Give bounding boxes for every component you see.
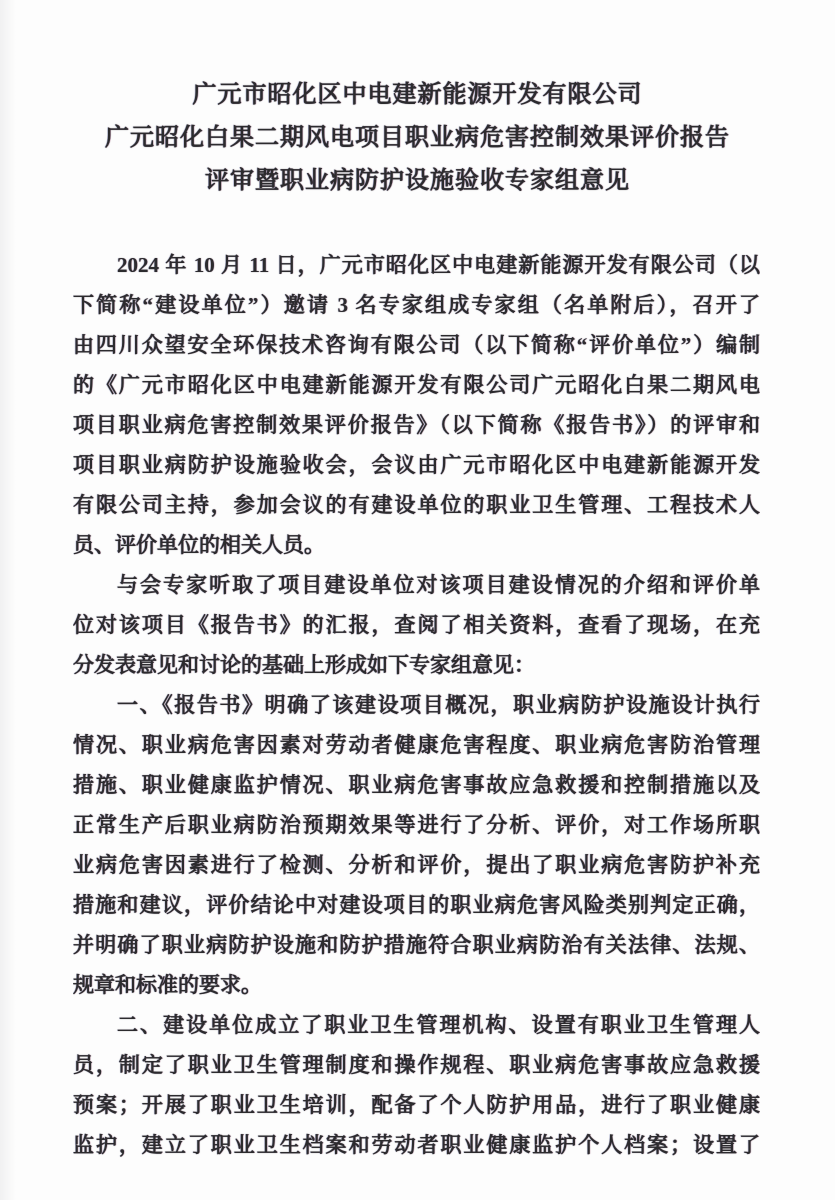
text-line: 正常生产后职业病防治预期效果等进行了分析、评价，对工作场所职	[73, 805, 760, 845]
text-line: 下简称“建设单位”）邀请 3 名专家组成专家组（名单附后），召开了	[73, 285, 760, 325]
document-body: 2024 年 10 月 11 日，广元市昭化区中电建新能源开发有限公司（以 下简…	[73, 245, 760, 1165]
text-line: 2024 年 10 月 11 日，广元市昭化区中电建新能源开发有限公司（以	[73, 245, 760, 285]
text-line: 监护，建立了职业卫生档案和劳动者职业健康监护个人档案；设置了	[73, 1125, 760, 1165]
scanned-document-page: 广元市昭化区中电建新能源开发有限公司 广元昭化白果二期风电项目职业病危害控制效果…	[0, 0, 835, 1200]
paragraph-2: 与会专家听取了项目建设单位对该项目建设情况的介绍和评价单 位对该项目《报告书》的…	[73, 565, 760, 685]
text-line: 分发表意见和讨论的基础上形成如下专家组意见：	[73, 645, 760, 685]
text-line: 一、《报告书》明确了该建设项目概况，职业病防护设施设计执行	[73, 685, 760, 725]
scan-edge-artifact	[0, 0, 16, 1200]
text-line: 员、评价单位的相关人员。	[73, 525, 760, 565]
document-title-line-2: 广元昭化白果二期风电项目职业病危害控制效果评价报告	[40, 117, 795, 160]
text-line: 员，制定了职业卫生管理制度和操作规程、职业病危害事故应急救援	[73, 1045, 760, 1085]
text-line: 预案；开展了职业卫生培训，配备了个人防护用品，进行了职业健康	[73, 1085, 760, 1125]
text-line: 的《广元市昭化区中电建新能源开发有限公司广元昭化白果二期风电	[73, 365, 760, 405]
text-line: 情况、职业病危害因素对劳动者健康危害程度、职业病危害防治管理	[73, 725, 760, 765]
document-title-line-1: 广元市昭化区中电建新能源开发有限公司	[40, 74, 795, 117]
text-line: 有限公司主持，参加会议的有建设单位的职业卫生管理、工程技术人	[73, 485, 760, 525]
text-line: 规章和标准的要求。	[73, 965, 760, 1005]
text-line: 措施和建议，评价结论中对建设项目的职业病危害风险类别判定正确，	[73, 885, 760, 925]
paragraph-4: 二、建设单位成立了职业卫生管理机构、设置有职业卫生管理人 员，制定了职业卫生管理…	[73, 1005, 760, 1165]
paragraph-3: 一、《报告书》明确了该建设项目概况，职业病防护设施设计执行 情况、职业病危害因素…	[73, 685, 760, 1005]
text-line: 项目职业病危害控制效果评价报告》（以下简称《报告书》）的评审和	[73, 405, 760, 445]
text-line: 并明确了职业病防护设施和防护措施符合职业病防治有关法律、法规、	[73, 925, 760, 965]
document-title-block: 广元市昭化区中电建新能源开发有限公司 广元昭化白果二期风电项目职业病危害控制效果…	[40, 74, 795, 203]
text-line: 位对该项目《报告书》的汇报，查阅了相关资料，查看了现场，在充	[73, 605, 760, 645]
text-line: 措施、职业健康监护情况、职业病危害事故应急救援和控制措施以及	[73, 765, 760, 805]
text-line: 项目职业病防护设施验收会，会议由广元市昭化区中电建新能源开发	[73, 445, 760, 485]
text-line: 二、建设单位成立了职业卫生管理机构、设置有职业卫生管理人	[73, 1005, 760, 1045]
document-title-line-3: 评审暨职业病防护设施验收专家组意见	[40, 160, 795, 203]
paragraph-1: 2024 年 10 月 11 日，广元市昭化区中电建新能源开发有限公司（以 下简…	[73, 245, 760, 565]
text-line: 与会专家听取了项目建设单位对该项目建设情况的介绍和评价单	[73, 565, 760, 605]
text-line: 业病危害因素进行了检测、分析和评价，提出了职业病危害防护补充	[73, 845, 760, 885]
text-line: 由四川众望安全环保技术咨询有限公司（以下简称“评价单位”）编制	[73, 325, 760, 365]
